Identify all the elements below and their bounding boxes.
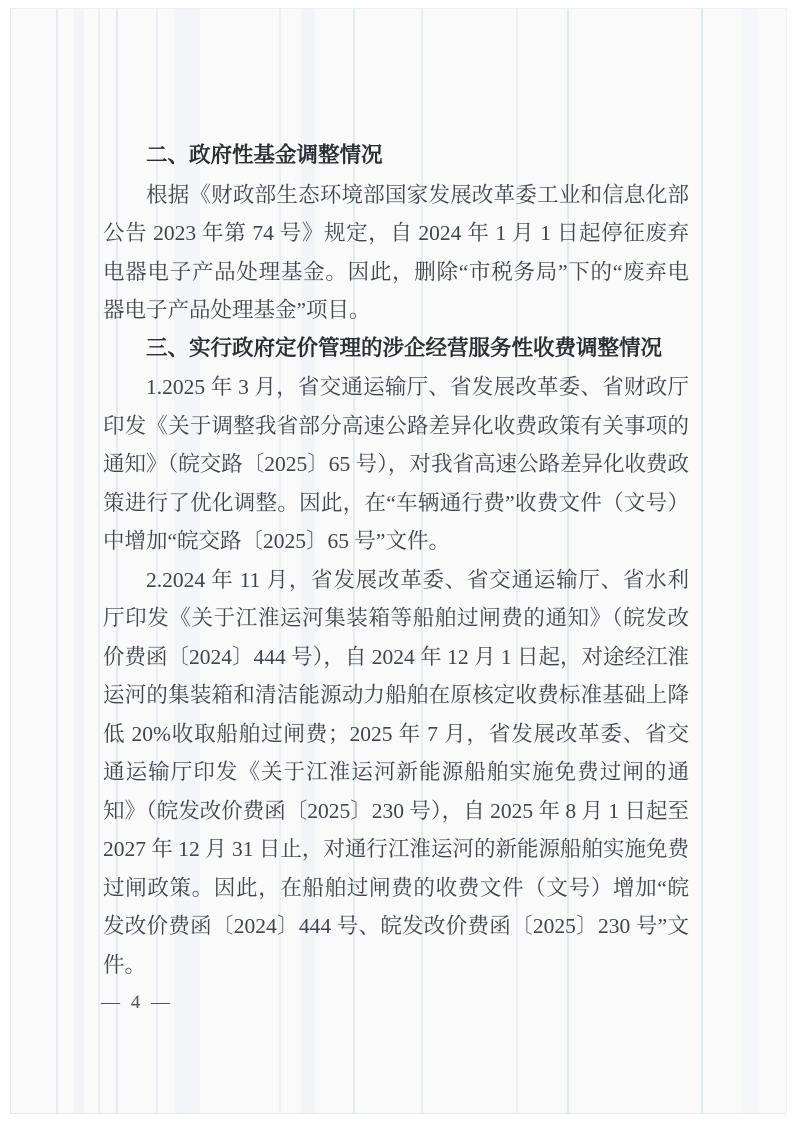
paragraph-highway-toll: 1.2025 年 3 月，省交通运输厅、省发展改革委、省财政厅印发《关于调整我省… — [103, 368, 689, 561]
paragraph-canal-lock-fees: 2.2024 年 11 月，省发展改革委、省交通运输厅、省水利厅印发《关于江淮运… — [103, 561, 689, 985]
scanned-document-page: 二、政府性基金调整情况 根据《财政部生态环境部国家发展改革委工业和信息化部公告 … — [0, 0, 793, 1122]
document-body: 二、政府性基金调整情况 根据《财政部生态环境部国家发展改革委工业和信息化部公告 … — [103, 137, 689, 984]
scan-streak — [74, 9, 84, 1113]
scan-streak — [98, 9, 100, 1113]
scan-streak — [701, 9, 703, 1113]
scan-streak — [741, 9, 759, 1113]
paragraph-fund-adjustment: 根据《财政部生态环境部国家发展改革委工业和信息化部公告 2023 年第 74 号… — [103, 176, 689, 330]
section-heading-government-funds: 二、政府性基金调整情况 — [103, 137, 689, 176]
page-number: — 4 — — [101, 992, 173, 1014]
paper-sheet: 二、政府性基金调整情况 根据《财政部生态环境部国家发展改革委工业和信息化部公告 … — [10, 8, 787, 1114]
scan-streak — [56, 9, 58, 1113]
section-heading-service-fees: 三、实行政府定价管理的涉企经营服务性收费调整情况 — [103, 330, 689, 369]
